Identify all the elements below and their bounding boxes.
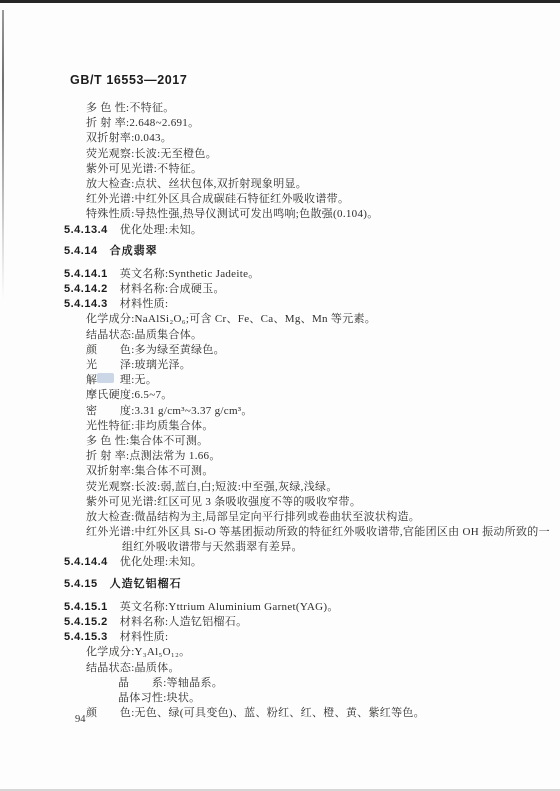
document-line: 5.4.15.3材料性质: — [0, 630, 560, 645]
document-line: 5.4.14.4优化处理:未知。 — [0, 555, 560, 570]
line-text: 化学成分:Y₃Al₅O₁₂。 — [86, 646, 190, 658]
section-heading: 5.4.15人造钇铝榴石 — [0, 577, 560, 592]
document-line: 折 射 率:点测法常为 1.66。 — [0, 449, 560, 464]
document-body: 多 色 性:不特征。折 射 率:2.648~2.691。双折射率:0.043。荧… — [0, 101, 560, 721]
clause-number: 5.4.14.3 — [64, 298, 108, 310]
document-line: 红外光谱:中红外区具合成碳硅石特征红外吸收谱带。 — [0, 192, 560, 207]
document-line: 光 泽:玻璃光泽。 — [0, 358, 560, 373]
document-line: 荧光观察:长波:弱,蓝白,白;短波:中至强,灰绿,浅绿。 — [0, 480, 560, 495]
document-line: 5.4.15.1英文名称:Yttrium Aluminium Garnet(YA… — [0, 600, 560, 615]
line-text: 结晶状态:晶质集合体。 — [86, 329, 202, 341]
line-text: 折 射 率:2.648~2.691。 — [86, 117, 199, 129]
document-line: 5.4.13.4优化处理:未知。 — [0, 223, 560, 238]
line-text: 组红外吸收谱带与天然翡翠有差异。 — [122, 541, 303, 553]
document-line: 5.4.14.3材料性质: — [0, 297, 560, 312]
line-text: 颜 色:多为绿至黄绿色。 — [86, 344, 225, 356]
clause-number: 5.4.15.2 — [64, 616, 108, 628]
clause-number: 5.4.15 — [64, 578, 98, 590]
document-line: 晶体习性:块状。 — [0, 691, 560, 706]
clause-number: 5.4.14.1 — [64, 268, 108, 280]
document-line: 摩氏硬度:6.5~7。 — [0, 388, 560, 403]
line-text: 晶 系:等轴晶系。 — [118, 677, 223, 689]
document-line: 特殊性质:导热性强,热导仪测试可发出鸣响;色散强(0.104)。 — [0, 207, 560, 222]
line-text: 多 色 性:集合体不可测。 — [86, 435, 208, 447]
document-line: 放大检查:微晶结构为主,局部呈定向平行排列或卷曲状至波状构造。 — [0, 510, 560, 525]
document-line: 解 理:无。 — [0, 373, 560, 388]
clause-number: 5.4.14.2 — [64, 283, 108, 295]
line-text: 多 色 性:不特征。 — [86, 102, 175, 114]
document-line: 光性特征:非均质集合体。 — [0, 419, 560, 434]
document-line: 5.4.14.2材料名称:合成硬玉。 — [0, 282, 560, 297]
document-line: 荧光观察:长波:无至橙色。 — [0, 147, 560, 162]
clause-number: 5.4.15.3 — [64, 631, 108, 643]
document-line: 双折射率:0.043。 — [0, 131, 560, 146]
scan-smudge-artifact — [97, 373, 114, 383]
line-text: 人造钇铝榴石 — [110, 578, 182, 590]
document-line: 多 色 性:集合体不可测。 — [0, 434, 560, 449]
document-line: 放大检查:点状、丝状包体,双折射现象明显。 — [0, 177, 560, 192]
line-text: 材料名称:合成硬玉。 — [120, 283, 225, 295]
page-number: 94 — [75, 714, 86, 725]
line-text: 摩氏硬度:6.5~7。 — [86, 389, 173, 401]
document-line: 结晶状态:晶质体。 — [0, 661, 560, 676]
line-text: 紫外可见光谱:不特征。 — [86, 163, 202, 175]
line-text: 密 度:3.31 g/cm³~3.37 g/cm³。 — [86, 405, 253, 417]
clause-number: 5.4.14.4 — [64, 556, 108, 568]
document-line: 晶 系:等轴晶系。 — [0, 676, 560, 691]
line-text: 合成翡翠 — [110, 245, 158, 257]
scanned-document-page: GB/T 16553—2017 多 色 性:不特征。折 射 率:2.648~2.… — [0, 0, 560, 791]
clause-number: 5.4.13.4 — [64, 224, 108, 236]
line-text: 红外光谱:中红外区具合成碳硅石特征红外吸收谱带。 — [86, 193, 349, 205]
clause-number: 5.4.15.1 — [64, 601, 108, 613]
document-line: 5.4.14.1英文名称:Synthetic Jadeite。 — [0, 267, 560, 282]
line-text: 材料名称:人造钇铝榴石。 — [120, 616, 248, 628]
line-text: 材料性质: — [120, 631, 169, 643]
line-text: 优化处理:未知。 — [120, 556, 202, 568]
document-line: 紫外可见光谱:红区可见 3 条吸收强度不等的吸收窄带。 — [0, 495, 560, 510]
document-line: 双折射率:集合体不可测。 — [0, 464, 560, 479]
line-text: 双折射率:集合体不可测。 — [86, 465, 214, 477]
line-text: 荧光观察:长波:弱,蓝白,白;短波:中至强,灰绿,浅绿。 — [86, 481, 338, 493]
line-text: 放大检查:微晶结构为主,局部呈定向平行排列或卷曲状至波状构造。 — [86, 511, 420, 523]
document-line: 红外光谱:中红外区具 Si-O 等基团振动所致的特征红外吸收谱带,官能团区由 O… — [0, 525, 560, 540]
document-line: 结晶状态:晶质集合体。 — [0, 328, 560, 343]
standard-number-header: GB/T 16553—2017 — [70, 73, 187, 87]
line-text: 双折射率:0.043。 — [86, 132, 172, 144]
document-line: 化学成分:NaAlSi₂O₆;可含 Cr、Fe、Ca、Mg、Mn 等元素。 — [0, 312, 560, 327]
line-text: 光性特征:非均质集合体。 — [86, 420, 214, 432]
document-line: 组红外吸收谱带与天然翡翠有差异。 — [0, 540, 560, 555]
line-text: 晶体习性:块状。 — [118, 692, 200, 704]
line-text: 化学成分:NaAlSi₂O₆;可含 Cr、Fe、Ca、Mg、Mn 等元素。 — [86, 313, 376, 325]
document-line: 化学成分:Y₃Al₅O₁₂。 — [0, 645, 560, 660]
document-line: 颜 色:多为绿至黄绿色。 — [0, 343, 560, 358]
clause-number: 5.4.14 — [64, 245, 98, 257]
line-text: 英文名称:Yttrium Aluminium Garnet(YAG)。 — [120, 601, 339, 613]
document-line: 密 度:3.31 g/cm³~3.37 g/cm³。 — [0, 404, 560, 419]
line-text: 颜 色:无色、绿(可具变色)、蓝、粉红、红、橙、黄、紫红等色。 — [86, 707, 425, 719]
line-text: 红外光谱:中红外区具 Si-O 等基团振动所致的特征红外吸收谱带,官能团区由 O… — [86, 526, 550, 538]
document-line: 多 色 性:不特征。 — [0, 101, 560, 116]
line-text: 折 射 率:点测法常为 1.66。 — [86, 450, 221, 462]
line-text: 紫外可见光谱:红区可见 3 条吸收强度不等的吸收窄带。 — [86, 496, 361, 508]
line-text: 特殊性质:导热性强,热导仪测试可发出鸣响;色散强(0.104)。 — [86, 208, 379, 220]
document-line: 紫外可见光谱:不特征。 — [0, 162, 560, 177]
line-text: 材料性质: — [120, 298, 169, 310]
document-line: 5.4.15.2材料名称:人造钇铝榴石。 — [0, 615, 560, 630]
line-text: 荧光观察:长波:无至橙色。 — [86, 148, 217, 160]
line-text: 结晶状态:晶质体。 — [86, 662, 180, 674]
document-line: 折 射 率:2.648~2.691。 — [0, 116, 560, 131]
line-text: 放大检查:点状、丝状包体,双折射现象明显。 — [86, 178, 307, 190]
line-text: 光 泽:玻璃光泽。 — [86, 359, 191, 371]
scan-edge-top-artifact — [0, 0, 560, 3]
section-heading: 5.4.14合成翡翠 — [0, 244, 560, 259]
line-text: 优化处理:未知。 — [120, 224, 202, 236]
line-text: 英文名称:Synthetic Jadeite。 — [120, 268, 260, 280]
